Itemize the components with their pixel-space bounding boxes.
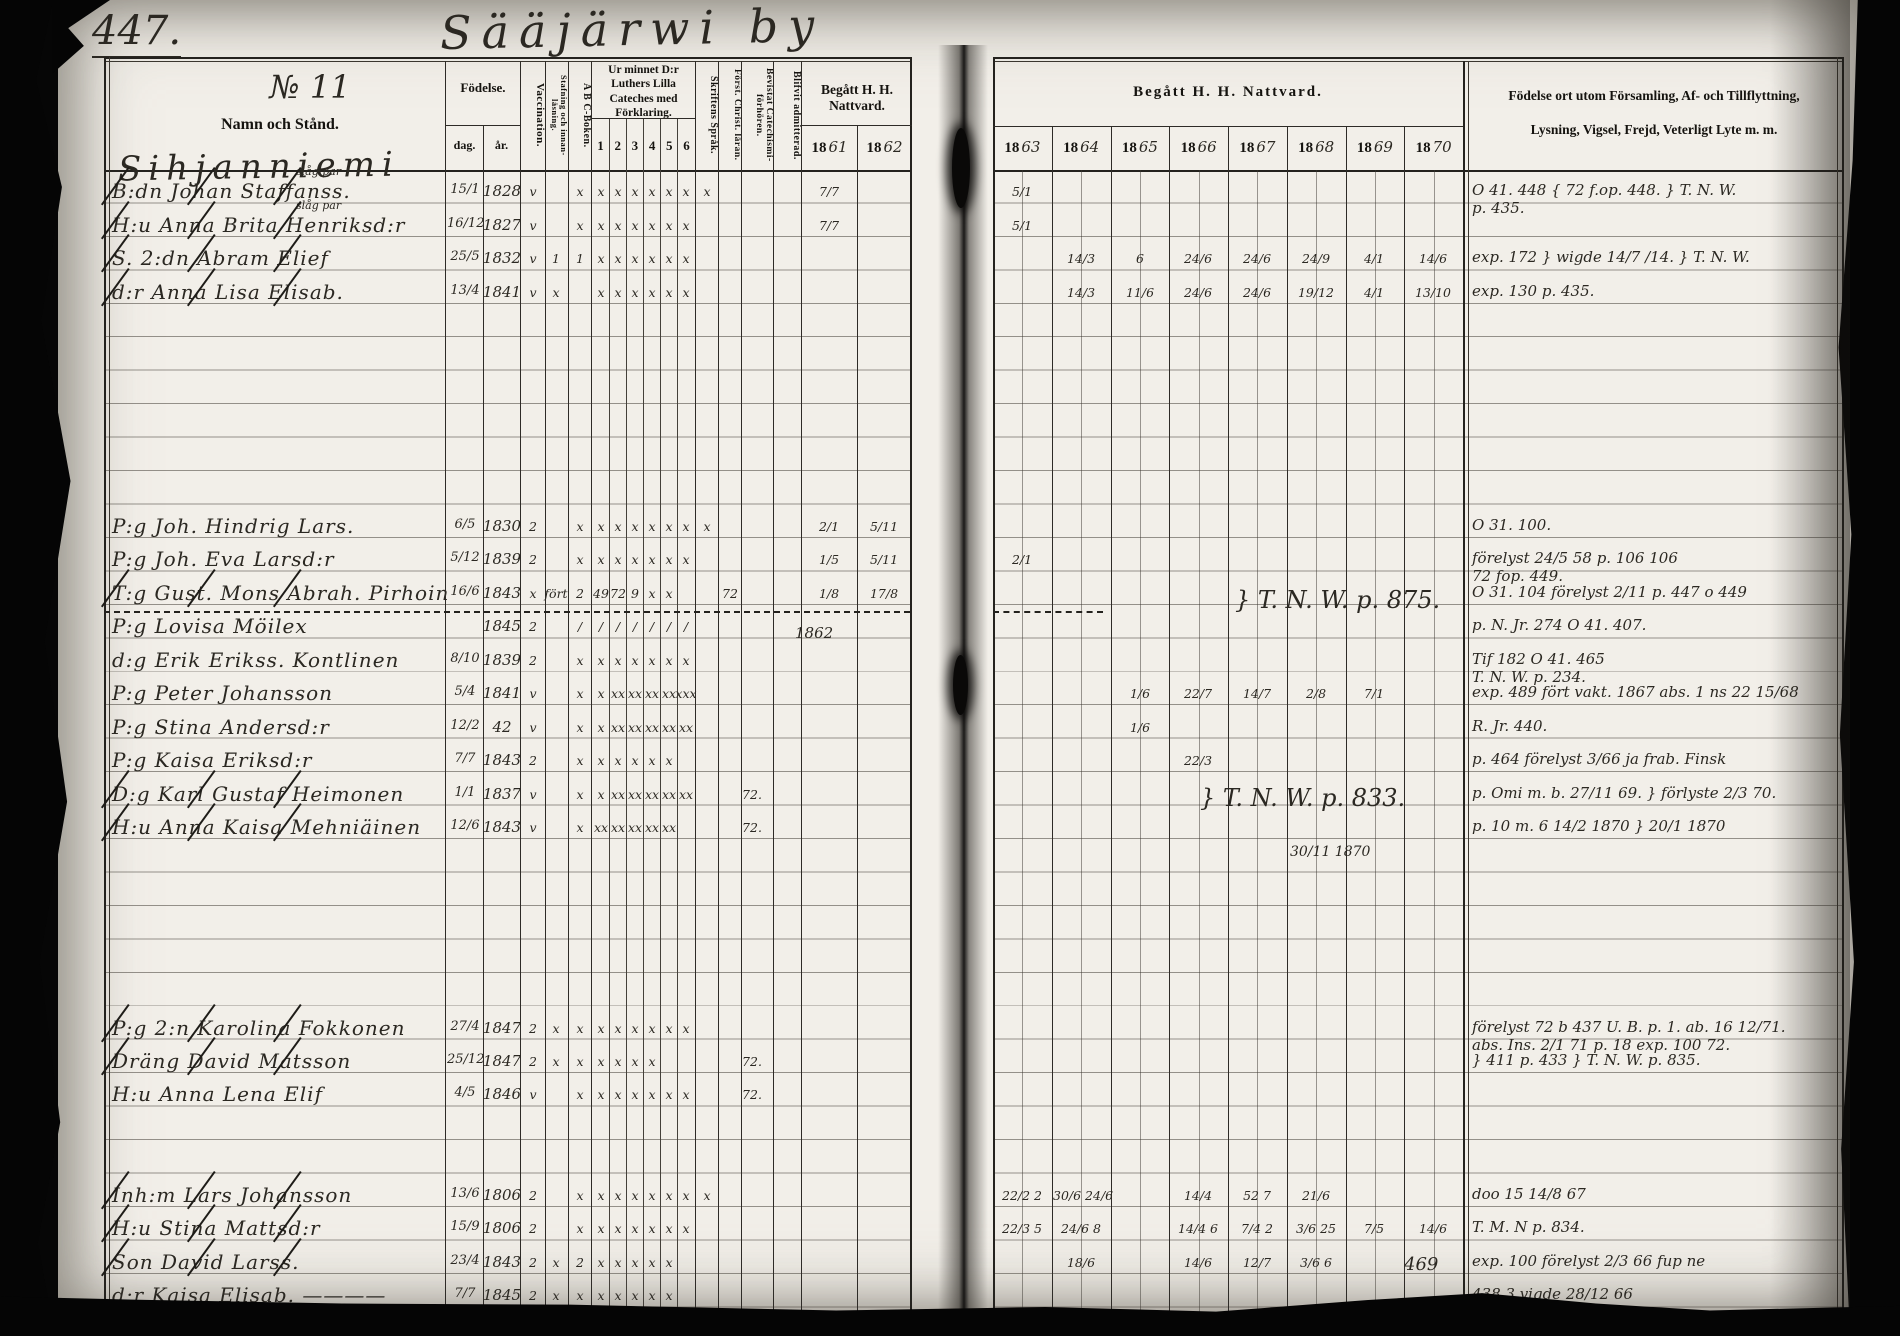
entry-reading-mark: xxx bbox=[673, 686, 699, 701]
right-page-ruling bbox=[993, 170, 1844, 1312]
entry-birth-day: 16/12 bbox=[447, 216, 483, 231]
entry-communion-date: 24/6 bbox=[1229, 251, 1285, 266]
entry-communion-date: 22/7 bbox=[1170, 686, 1226, 701]
fold-stain-top bbox=[952, 128, 970, 208]
entry-reading-mark: xx bbox=[656, 820, 682, 835]
cateches-subcolumn-label: 3 bbox=[626, 138, 643, 154]
entry-name: Inh:m Lars Johansson bbox=[112, 1183, 352, 1207]
entry-note: p. N. Jr. 274 O 41. 407. bbox=[1472, 616, 1646, 634]
entry-communion-date: 7/1 bbox=[1346, 686, 1402, 701]
communion-year-1862: 1862 bbox=[857, 138, 912, 157]
table-horizontal-line bbox=[104, 57, 912, 59]
entry-birth-day: 27/4 bbox=[447, 1019, 483, 1034]
entry-note: O 31. 104 förelyst 2/11 p. 447 o 449 bbox=[1472, 583, 1747, 601]
page-number: 447. bbox=[92, 8, 181, 58]
entry-note: Tif 182 O 41. 465 bbox=[1472, 650, 1605, 668]
entry-name: P:g Peter Johansson bbox=[112, 681, 333, 705]
entry-birth-year: 1845 bbox=[482, 1286, 522, 1304]
right-year-part: 18 bbox=[1416, 140, 1431, 156]
birth-day-header: dag. bbox=[446, 138, 483, 153]
entry-note: exp. 489 fört vakt. 1867 abs. 1 ns 22 15… bbox=[1472, 683, 1799, 701]
table-vertical-line bbox=[993, 57, 995, 1312]
entry-reading-mark: x bbox=[543, 1021, 569, 1036]
entry-reading-mark: 2 bbox=[520, 753, 546, 768]
entry-note: O 31. 100. bbox=[1472, 516, 1551, 534]
script-language-column-header: Skriftens Språk. bbox=[696, 62, 718, 168]
table-vertical-line bbox=[1199, 170, 1200, 1312]
entry-reading-mark: x bbox=[694, 184, 720, 199]
entry-reading-mark: xx bbox=[673, 787, 699, 802]
christianity-column-header: Först. Christ. läran. bbox=[719, 62, 741, 168]
name-column-header: Namn och Stånd. bbox=[130, 116, 430, 134]
entry-name: P:g Joh. Hindrig Lars. bbox=[112, 514, 354, 538]
entry-birth-year: 1837 bbox=[482, 785, 522, 803]
entry-birth-year: 1843 bbox=[482, 584, 522, 602]
table-vertical-line bbox=[1111, 126, 1112, 1312]
entry-reading-mark: x bbox=[673, 1221, 699, 1236]
entry-reading-mark: xx bbox=[673, 720, 699, 735]
entry-communion-date: 22/2 2 bbox=[994, 1188, 1050, 1203]
floating-annotation: 469 bbox=[1404, 1254, 1438, 1275]
communion-year-1865: 1865 bbox=[1111, 138, 1170, 157]
entry-birth-year: 1843 bbox=[482, 1253, 522, 1271]
entry-communion-date: 14/4 6 bbox=[1170, 1221, 1226, 1236]
entry-name: Son David Larss. bbox=[112, 1250, 299, 1274]
table-horizontal-line bbox=[802, 125, 912, 126]
entry-birth-year: 1841 bbox=[482, 684, 522, 702]
entry-reading-mark: 2 bbox=[520, 653, 546, 668]
entry-communion-date: 1/5 bbox=[801, 552, 857, 567]
entry-name: P:g Lovisa Möilex bbox=[112, 614, 308, 638]
entry-reading-mark: 72. bbox=[739, 1054, 765, 1069]
entry-birth-year: 1847 bbox=[482, 1052, 522, 1070]
left-year-part: 62 bbox=[883, 138, 902, 156]
scan-shadow-right bbox=[1770, 0, 1850, 1336]
entry-reading-mark: v bbox=[520, 1087, 546, 1102]
entry-name: P:g Kaisa Eriksd:r bbox=[112, 748, 313, 772]
entry-note: exp. 100 förelyst 2/3 66 fup ne bbox=[1472, 1252, 1705, 1270]
table-horizontal-line bbox=[592, 118, 695, 119]
entry-communion-date: 3/6 25 bbox=[1288, 1221, 1344, 1236]
entry-communion-date: 14/6 bbox=[1170, 1255, 1226, 1270]
entry-communion-date: 6 bbox=[1112, 251, 1168, 266]
entry-communion-date: 14/3 bbox=[1053, 251, 1109, 266]
table-horizontal-line bbox=[993, 170, 1844, 172]
entry-birth-day: 15/9 bbox=[447, 1219, 483, 1234]
right-year-part: 66 bbox=[1198, 138, 1217, 156]
table-vertical-line bbox=[104, 57, 106, 1312]
communion-year-1868: 1868 bbox=[1287, 138, 1346, 157]
right-year-part: 18 bbox=[1239, 140, 1254, 156]
entry-communion-date: 21/6 bbox=[1288, 1188, 1344, 1203]
left-page-ruling bbox=[104, 170, 912, 1312]
entry-reading-mark: x bbox=[673, 251, 699, 266]
entry-reading-mark: x bbox=[673, 1021, 699, 1036]
entry-note: p. 464 förelyst 3/66 ja frab. Finsk bbox=[1472, 750, 1726, 768]
entry-birth-day: 25/12 bbox=[447, 1052, 483, 1067]
entry-name: Dräng David Matsson bbox=[112, 1049, 351, 1073]
entry-communion-date: 7/4 2 bbox=[1229, 1221, 1285, 1236]
entry-name: d:g Erik Erikss. Kontlinen bbox=[112, 648, 399, 672]
cateches-subcolumn-label: 2 bbox=[609, 138, 626, 154]
entry-communion-date: 3/6 6 bbox=[1288, 1255, 1344, 1270]
entry-reading-mark: x bbox=[673, 1087, 699, 1102]
right-year-part: 70 bbox=[1433, 138, 1452, 156]
communion-year-1864: 1864 bbox=[1052, 138, 1111, 157]
entry-reading-mark: / bbox=[673, 619, 699, 634]
entry-reading-mark: x bbox=[639, 1054, 665, 1069]
entry-reading-mark: x bbox=[543, 285, 569, 300]
right-year-part: 18 bbox=[1063, 140, 1078, 156]
birth-year-header: år. bbox=[483, 138, 520, 153]
entry-birth-year: 1843 bbox=[482, 751, 522, 769]
right-year-part: 64 bbox=[1080, 138, 1099, 156]
entry-communion-date: 14/7 bbox=[1229, 686, 1285, 701]
entry-note: T. M. N p. 834. bbox=[1472, 1218, 1585, 1236]
entry-birth-day: 7/7 bbox=[447, 751, 483, 766]
entry-communion-date: 2/1 bbox=[801, 519, 857, 534]
entry-reading-mark: 72. bbox=[739, 820, 765, 835]
entry-communion-date: 7/7 bbox=[801, 218, 857, 233]
entry-birth-year: 1846 bbox=[482, 1085, 522, 1103]
entry-reading-mark: x bbox=[673, 552, 699, 567]
entry-communion-date: 13/10 bbox=[1405, 285, 1461, 300]
entry-reading-mark: x bbox=[694, 519, 720, 534]
right-year-part: 67 bbox=[1256, 138, 1275, 156]
entry-note: förelyst 24/5 58 p. 106 106 bbox=[1472, 549, 1678, 567]
entry-communion-date: 5/11 bbox=[856, 519, 912, 534]
entry-superscript: slåg par bbox=[296, 165, 341, 178]
table-vertical-line bbox=[1228, 126, 1229, 1312]
entry-note: förelyst 72 b 437 U. B. p. 1. ab. 16 12/… bbox=[1472, 1018, 1786, 1036]
entry-name: P:g Stina Andersd:r bbox=[112, 715, 330, 739]
table-vertical-line bbox=[718, 61, 719, 1312]
table-horizontal-line bbox=[993, 126, 1463, 127]
entry-communion-date: 5/1 bbox=[994, 218, 1050, 233]
communion-year-1866: 1866 bbox=[1169, 138, 1228, 157]
entry-reading-mark: 2 bbox=[520, 552, 546, 567]
entry-name: S. 2:dn Abram Elief bbox=[112, 246, 329, 270]
table-horizontal-line bbox=[993, 57, 1844, 59]
communion-year-1869: 1869 bbox=[1346, 138, 1405, 157]
entry-reading-mark: 72 bbox=[717, 586, 743, 601]
cateches-subcolumn-label: 6 bbox=[678, 138, 695, 154]
entry-note: p. 10 m. 6 14/2 1870 } 20/1 1870 bbox=[1472, 817, 1725, 835]
right-year-part: 18 bbox=[1004, 140, 1019, 156]
cateches-subcolumn-label: 4 bbox=[644, 138, 661, 154]
register-no-label: № 11 bbox=[200, 68, 420, 106]
admitted-column-header: Blifvit admitterad. bbox=[774, 62, 801, 168]
communion-year-1861: 1861 bbox=[802, 138, 857, 157]
entry-reading-mark: v bbox=[520, 686, 546, 701]
attended-catechism-column-header: Bevistat Catechismi-förhören. bbox=[742, 62, 773, 168]
left-year-part: 18 bbox=[866, 140, 881, 156]
entry-reading-mark: 72. bbox=[739, 787, 765, 802]
entry-reading-mark: x bbox=[656, 1288, 682, 1303]
entry-communion-date: 24/9 bbox=[1288, 251, 1344, 266]
right-communion-header: Begått H. H. Nattvard. bbox=[993, 84, 1463, 101]
abc-book-column-header: A B C-Boken. bbox=[569, 62, 591, 168]
entry-birth-year: 1830 bbox=[482, 517, 522, 535]
row-dashed-strike bbox=[993, 611, 1103, 613]
table-vertical-line bbox=[1257, 170, 1258, 1312]
entry-birth-day: 5/4 bbox=[447, 684, 483, 699]
right-year-part: 18 bbox=[1357, 140, 1372, 156]
entry-reading-mark: fört bbox=[543, 586, 569, 601]
entry-birth-day: 4/5 bbox=[447, 1085, 483, 1100]
table-vertical-line bbox=[445, 61, 446, 1312]
table-vertical-line bbox=[857, 126, 858, 1312]
entry-communion-date: 24/6 bbox=[1170, 285, 1226, 300]
entry-superscript: slåg par bbox=[296, 199, 341, 212]
entry-reading-mark: 2 bbox=[520, 519, 546, 534]
entry-birth-day: 12/6 bbox=[447, 818, 483, 833]
cateches-subcolumn-label: 1 bbox=[592, 138, 609, 154]
entry-communion-date: 7/7 bbox=[801, 184, 857, 199]
entry-birth-year: 1839 bbox=[482, 651, 522, 669]
entry-communion-date: 14/6 bbox=[1405, 1221, 1461, 1236]
entry-reading-mark: v bbox=[520, 787, 546, 802]
entry-birth-year: 1832 bbox=[482, 249, 522, 267]
table-vertical-line bbox=[741, 61, 742, 1312]
floating-annotation: 1862 bbox=[795, 624, 833, 642]
entry-reading-mark: 72. bbox=[739, 1087, 765, 1102]
entry-birth-day: 8/10 bbox=[447, 651, 483, 666]
entry-birth-year: 1843 bbox=[482, 818, 522, 836]
communion-year-1867: 1867 bbox=[1228, 138, 1287, 157]
entry-birth-year: 1827 bbox=[482, 216, 522, 234]
table-vertical-line bbox=[1316, 170, 1317, 1312]
right-year-part: 18 bbox=[1181, 140, 1196, 156]
entry-communion-date: 14/4 bbox=[1170, 1188, 1226, 1203]
table-vertical-line bbox=[1140, 170, 1141, 1312]
entry-reading-mark: x bbox=[673, 218, 699, 233]
entry-communion-date: 14/6 bbox=[1405, 251, 1461, 266]
left-year-part: 61 bbox=[828, 138, 847, 156]
table-vertical-line bbox=[910, 57, 912, 1312]
table-vertical-line bbox=[1404, 126, 1405, 1312]
right-year-part: 69 bbox=[1374, 138, 1393, 156]
table-vertical-line bbox=[1463, 61, 1465, 1312]
table-vertical-line bbox=[1375, 170, 1376, 1312]
entry-birth-year: 42 bbox=[482, 718, 522, 736]
entry-birth-year: 1839 bbox=[482, 550, 522, 568]
entry-communion-date: 1/8 bbox=[801, 586, 857, 601]
left-communion-header: Begått H. H. Nattvard. bbox=[802, 82, 912, 114]
entry-note: exp. 130 p. 435. bbox=[1472, 282, 1594, 300]
table-vertical-line bbox=[1022, 170, 1023, 1312]
right-year-part: 68 bbox=[1315, 138, 1334, 156]
entry-communion-date: 11/6 bbox=[1112, 285, 1168, 300]
entry-name: H:u Anna Lena Elif bbox=[112, 1082, 323, 1106]
entry-communion-date: 24/6 bbox=[1170, 251, 1226, 266]
entry-reading-mark: x bbox=[543, 1054, 569, 1069]
entry-birth-year: 1806 bbox=[482, 1186, 522, 1204]
entry-birth-day: 23/4 bbox=[447, 1253, 483, 1268]
entry-birth-day: 1/1 bbox=[447, 785, 483, 800]
entry-communion-date: 7/5 bbox=[1346, 1221, 1402, 1236]
table-vertical-line bbox=[773, 61, 774, 1312]
table-vertical-line bbox=[1052, 126, 1053, 1312]
entry-birth-day: 5/12 bbox=[447, 550, 483, 565]
entry-communion-date: 5/1 bbox=[994, 184, 1050, 199]
entry-birth-day: 13/4 bbox=[447, 283, 483, 298]
spelling-column-header: Stafning och innan-läsning. bbox=[546, 62, 568, 168]
entry-birth-day: 25/5 bbox=[447, 249, 483, 264]
entry-birth-year: 1841 bbox=[482, 283, 522, 301]
entry-birth-day: 13/6 bbox=[447, 1186, 483, 1201]
entry-birth-year: 1828 bbox=[482, 182, 522, 200]
cateches-subcolumn-label: 5 bbox=[661, 138, 678, 154]
entry-communion-date: 52 7 bbox=[1229, 1188, 1285, 1203]
vaccination-column-header: Vaccination. bbox=[521, 62, 545, 168]
communion-year-1863: 1863 bbox=[993, 138, 1052, 157]
entry-name: d:r Anna Lisa Elisab. bbox=[112, 280, 344, 304]
entry-reading-mark: 2 bbox=[520, 619, 546, 634]
entry-communion-date: 2/8 bbox=[1288, 686, 1344, 701]
entry-reading-mark: v bbox=[520, 820, 546, 835]
floating-annotation: 30/11 1870 bbox=[1290, 844, 1370, 860]
entry-communion-date: 30/6 24/6 bbox=[1053, 1188, 1109, 1203]
entry-note: } 411 p. 433 } T. N. W. p. 835. bbox=[1472, 1051, 1700, 1069]
table-vertical-line bbox=[1468, 61, 1469, 1312]
entry-reading-mark: x bbox=[656, 586, 682, 601]
entry-reading-mark: 2 bbox=[520, 1188, 546, 1203]
cateches-column-header: Ur minnet D:r Luthers Lilla Cateches med… bbox=[593, 63, 694, 121]
table-vertical-line bbox=[1081, 170, 1082, 1312]
right-year-part: 18 bbox=[1298, 140, 1313, 156]
entry-reading-mark: 1 bbox=[543, 251, 569, 266]
fold-stain-middle bbox=[953, 655, 968, 715]
birth-header: Födelse. bbox=[446, 80, 520, 96]
table-horizontal-line bbox=[446, 125, 520, 126]
entry-birth-year: 1847 bbox=[482, 1019, 522, 1037]
entry-communion-date: 4/1 bbox=[1346, 251, 1402, 266]
entry-note: exp. 172 } wigde 14/7 /14. } T. N. W. bbox=[1472, 248, 1750, 266]
entry-reading-mark: x bbox=[673, 653, 699, 668]
entry-communion-date: 1/6 bbox=[1112, 720, 1168, 735]
scanned-parish-register: 447. Sääjärwi by № 11 Namn och Stånd. Fö… bbox=[0, 0, 1900, 1336]
entry-communion-date: 5/11 bbox=[856, 552, 912, 567]
entry-communion-date: 14/3 bbox=[1053, 285, 1109, 300]
entry-reading-mark: x bbox=[656, 753, 682, 768]
table-vertical-line bbox=[1346, 126, 1347, 1312]
entry-communion-date: 22/3 5 bbox=[994, 1221, 1050, 1236]
entry-birth-day: 15/1 bbox=[447, 182, 483, 197]
entry-birth-year: 1806 bbox=[482, 1219, 522, 1237]
table-vertical-line bbox=[1169, 126, 1170, 1312]
entry-name: P:g 2:n Karolina Fokkonen bbox=[112, 1016, 405, 1040]
entry-communion-date: 24/6 bbox=[1229, 285, 1285, 300]
table-vertical-line bbox=[109, 57, 110, 1312]
entry-name: P:g Joh. Eva Larsd:r bbox=[112, 547, 335, 571]
entry-reading-mark: 2 bbox=[520, 1221, 546, 1236]
floating-annotation: } T. N. W. p. 875. bbox=[1235, 586, 1440, 614]
entry-communion-date: 17/8 bbox=[856, 586, 912, 601]
entry-birth-day: 16/6 bbox=[447, 584, 483, 599]
entry-note: R. Jr. 440. bbox=[1472, 717, 1547, 735]
floating-annotation: } T. N. W. p. 833. bbox=[1200, 784, 1405, 812]
entry-reading-mark: x bbox=[543, 1288, 569, 1303]
entry-reading-mark: v bbox=[520, 720, 546, 735]
table-horizontal-line bbox=[104, 61, 912, 62]
entry-communion-date: 4/1 bbox=[1346, 285, 1402, 300]
entry-name: T:g Gust. Mons Abrah. Pirhoin bbox=[112, 581, 449, 605]
entry-note: p. Omi m. b. 27/11 69. } förlyste 2/3 70… bbox=[1472, 784, 1776, 802]
entry-communion-date: 1/6 bbox=[1112, 686, 1168, 701]
entry-reading-mark: x bbox=[543, 1255, 569, 1270]
entry-note: O 41. 448 { 72 f.op. 448. } T. N. W. bbox=[1472, 181, 1736, 199]
entry-note: doo 15 14/8 67 bbox=[1472, 1185, 1586, 1203]
table-vertical-line bbox=[1287, 126, 1288, 1312]
entry-name: H:u Anna Brita Henriksd:r bbox=[112, 213, 405, 237]
entry-reading-mark: x bbox=[673, 285, 699, 300]
entry-name: D:g Karl Gustaf Heimonen bbox=[112, 782, 404, 806]
entry-reading-mark: x bbox=[656, 1255, 682, 1270]
entry-birth-day: 6/5 bbox=[447, 517, 483, 532]
right-year-part: 18 bbox=[1122, 140, 1137, 156]
right-year-part: 63 bbox=[1021, 138, 1040, 156]
right-year-part: 65 bbox=[1139, 138, 1158, 156]
entry-birth-year: 1845 bbox=[482, 617, 522, 635]
entry-communion-date: 19/12 bbox=[1288, 285, 1344, 300]
entry-reading-mark: x bbox=[694, 1188, 720, 1203]
entry-birth-day: 12/2 bbox=[447, 718, 483, 733]
communion-year-1870: 1870 bbox=[1404, 138, 1463, 157]
page-title-handwritten: Sääjärwi by bbox=[439, 0, 824, 60]
entry-communion-date: 18/6 bbox=[1053, 1255, 1109, 1270]
entry-note: p. 435. bbox=[1472, 199, 1525, 217]
entry-reading-mark: v bbox=[520, 184, 546, 199]
entry-communion-date: 12/7 bbox=[1229, 1255, 1285, 1270]
entry-communion-date: 22/3 bbox=[1170, 753, 1226, 768]
table-vertical-line bbox=[1434, 170, 1435, 1312]
entry-name: H:u Anna Kaisa Mehniäinen bbox=[112, 815, 421, 839]
entry-birth-day: 7/7 bbox=[447, 1286, 483, 1301]
row-dashed-strike bbox=[104, 611, 910, 613]
left-year-part: 18 bbox=[811, 140, 826, 156]
table-vertical-line bbox=[801, 61, 802, 1312]
entry-communion-date: 2/1 bbox=[994, 552, 1050, 567]
entry-reading-mark: v bbox=[520, 218, 546, 233]
entry-communion-date: 24/6 8 bbox=[1053, 1221, 1109, 1236]
table-horizontal-line bbox=[993, 61, 1844, 62]
